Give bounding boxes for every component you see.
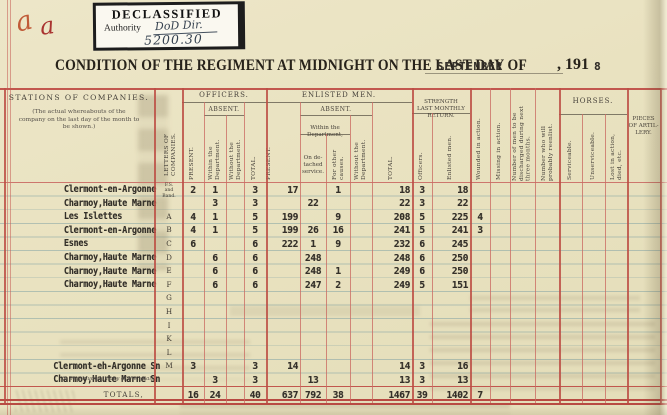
header-enlisted-other: For other causes.: [332, 136, 346, 180]
table-cell: 39: [412, 390, 432, 401]
station-name: Les Islettes: [4, 211, 122, 222]
table-cell: 38: [326, 390, 350, 401]
table-cell: 3: [204, 198, 226, 209]
column-rule: [490, 88, 491, 403]
declassified-stamp: DECLASSIFIED Authority DoD Dir. 5200.30: [93, 1, 245, 51]
company-letter: K: [154, 334, 184, 343]
header-officers-without: Without the Department.: [229, 122, 243, 180]
column-rule: [605, 114, 606, 403]
table-row: L: [4, 346, 660, 360]
table-row: Charmoy,Haute MarneE6624812496250: [4, 265, 660, 279]
header-letters: LETTERS OF COMPANIES.: [164, 96, 178, 176]
header-officers-total: TOTAL.: [251, 135, 258, 180]
table-cell: 208: [372, 212, 412, 223]
totals-row: 1624406377923814673914027: [4, 388, 660, 402]
column-rule: [660, 88, 662, 403]
company-letter: C: [154, 239, 184, 248]
column-rule: [627, 88, 629, 403]
table-cell: 18: [372, 185, 412, 196]
column-rule: [432, 113, 433, 403]
table-row: Charmoy,Haute Marne332222322: [4, 197, 660, 211]
table-cell: 4: [470, 212, 490, 223]
company-letter: I: [154, 321, 184, 330]
table-cell: 1402: [432, 390, 470, 401]
header-stations: STATIONS OF COMPANIES.: [4, 93, 154, 102]
header-stations-note: (The actual whereabouts of the company o…: [18, 109, 140, 132]
header-officers-present: PRESENT.: [189, 130, 196, 180]
stamp-authority-number: 5200.30: [144, 31, 203, 48]
station-name: Clermont-en-Argonne: [4, 225, 156, 236]
table-cell: 6: [204, 253, 226, 264]
table-cell: 26: [300, 225, 326, 236]
table-cell: 4: [182, 212, 204, 223]
table-row: Charmoy,Haute MarneF6624722495151: [4, 278, 660, 292]
header-wounded: Wounded in action.: [476, 110, 483, 180]
table-cell: 1467: [372, 390, 412, 401]
table-cell: 6: [204, 280, 226, 291]
table-cell: 14: [266, 361, 300, 372]
table-cell: 3: [244, 361, 266, 372]
table-cell: 3: [412, 375, 432, 386]
table-cell: 1: [326, 266, 350, 277]
table-cell: 637: [266, 390, 300, 401]
station-name: Esnes: [4, 238, 88, 249]
table-cell: 250: [432, 253, 470, 264]
table-cell: 1: [326, 185, 350, 196]
table-cell: 250: [432, 266, 470, 277]
table-bottom-rule: [0, 403, 667, 405]
station-name: Charmoy,Haute Marne: [4, 279, 156, 290]
table-cell: 13: [300, 375, 326, 386]
table-cell: 6: [244, 266, 266, 277]
table-cell: 5: [412, 225, 432, 236]
table-row: Clermont-en-ArgonneB415199261624152413: [4, 224, 660, 238]
table-cell: 3: [412, 198, 432, 209]
header-horses-serviceable: Serviceable.: [567, 124, 574, 180]
table-cell: 241: [432, 225, 470, 236]
column-rule: [470, 88, 472, 403]
header-officers-absent: ABSENT.: [204, 106, 244, 113]
column-rule: [350, 115, 351, 403]
table-row: Les IslettesA415199920852254: [4, 210, 660, 224]
table-cell: 3: [412, 361, 432, 372]
table-row: Clermont-eh-Argonne SnM331414316: [4, 360, 660, 374]
header-rule: [300, 134, 350, 135]
table-cell: 249: [372, 280, 412, 291]
header-enlisted-without: Without the Department.: [354, 122, 368, 180]
table-cell: 3: [244, 375, 266, 386]
column-rule: [372, 102, 373, 403]
table-cell: 6: [244, 280, 266, 291]
station-name: Charmoy,Haute Marne: [4, 266, 156, 277]
table-cell: 24: [204, 390, 226, 401]
table-cell: 3: [182, 361, 204, 372]
table-cell: 232: [372, 239, 412, 250]
header-officers-within: Within the Department.: [208, 122, 222, 180]
table-cell: 13: [432, 375, 470, 386]
column-rule: [326, 134, 327, 403]
header-enlisted-group: ENLISTED MEN.: [266, 91, 412, 99]
table-cell: 1: [204, 185, 226, 196]
table-cell: 14: [372, 361, 412, 372]
station-name: Charmoy,Haute Marne: [4, 198, 156, 209]
header-rule: [266, 102, 412, 103]
company-letter: B: [154, 225, 184, 234]
table-cell: 3: [244, 185, 266, 196]
header-artillery: PIECES OF ARTIL- LERY.: [628, 116, 659, 137]
column-rule: [226, 115, 227, 403]
header-enlisted-present: PRESENT.: [266, 130, 296, 180]
company-letter: E: [154, 266, 184, 275]
table-cell: 5: [244, 212, 266, 223]
stamp-authority-label: Authority: [104, 23, 141, 33]
regiment-condition-table: STATIONS OF COMPANIES. (The actual where…: [4, 88, 660, 403]
header-enlisted-total: TOTAL.: [388, 135, 395, 180]
table-row: I: [4, 319, 660, 333]
table-cell: 6: [412, 239, 432, 250]
column-rule: [510, 88, 511, 403]
header-rule: [412, 113, 470, 114]
column-rule: [582, 114, 583, 403]
table-cell: 248: [372, 253, 412, 264]
table-cell: 5: [412, 280, 432, 291]
table-row: K: [4, 333, 660, 347]
table-cell: 6: [182, 239, 204, 250]
table-cell: 225: [432, 212, 470, 223]
typed-month: SEPTEMBER: [437, 61, 503, 73]
report-title-row: CONDITION OF THE REGIMENT AT MIDNIGHT ON…: [0, 57, 667, 79]
table-cell: 3: [204, 375, 226, 386]
table-cell: 5: [244, 225, 266, 236]
table-cell: 7: [470, 390, 490, 401]
table-cell: 2: [182, 185, 204, 196]
month-blank-line: [425, 73, 563, 74]
table-cell: 6: [204, 266, 226, 277]
handwritten-mark: a: [12, 5, 35, 39]
table-cell: 248: [300, 266, 326, 277]
printed-year: , 191: [557, 56, 589, 74]
table-cell: 199: [266, 225, 300, 236]
table-cell: 22: [300, 198, 326, 209]
company-letter: H: [154, 307, 184, 316]
table-cell: 247: [300, 280, 326, 291]
table-cell: 6: [412, 253, 432, 264]
header-horses-lost: Lost in action, died, etc.: [610, 120, 625, 180]
table-cell: 16: [432, 361, 470, 372]
column-rule: [266, 88, 268, 403]
table-row: Charmoy,Haute MarneD662482486250: [4, 251, 660, 265]
header-strength-group: STRENGTH LAST MONTHLY RETURN.: [417, 99, 465, 119]
table-cell: 13: [372, 375, 412, 386]
column-rule: [154, 88, 156, 403]
header-enlisted-detached: On de- tached service.: [302, 155, 324, 175]
header-officers-group: OFFICERS.: [182, 91, 266, 99]
table-cell: 6: [412, 266, 432, 277]
header-strength-enlisted: Enlisted men.: [447, 126, 454, 180]
header-reenlist: Number who will probably reenlist.: [541, 98, 556, 181]
table-cell: 151: [432, 280, 470, 291]
company-letter: D: [154, 253, 184, 262]
table-cell: 17: [266, 185, 300, 196]
table-cell: 3: [244, 198, 266, 209]
table-cell: 18: [432, 185, 470, 196]
table-row: Clermont-en-ArgonneF.S. and Band.2131711…: [4, 183, 660, 197]
header-rule: [300, 115, 372, 116]
table-cell: 6: [244, 239, 266, 250]
column-rule: [559, 88, 561, 403]
table-row: G: [4, 292, 660, 306]
header-horses-group: HORSES.: [559, 97, 627, 105]
table-cell: 16: [326, 225, 350, 236]
table-cell: 792: [300, 390, 326, 401]
column-rule: [535, 88, 536, 403]
table-cell: 1: [204, 225, 226, 236]
table-cell: 1: [204, 212, 226, 223]
column-rule: [182, 88, 184, 403]
table-cell: 248: [300, 253, 326, 264]
company-letter: M: [154, 361, 184, 370]
table-cell: 222: [266, 239, 300, 250]
header-rule: [204, 115, 244, 116]
header-horses-unserviceable: Unserviceable.: [590, 120, 597, 180]
table-row: EsnesC66222192326245: [4, 237, 660, 251]
header-enlisted-absent: ABSENT.: [300, 106, 372, 113]
column-rule: [204, 102, 205, 403]
table-cell: 199: [266, 212, 300, 223]
table-cell: 40: [244, 390, 266, 401]
table-cell: 9: [326, 212, 350, 223]
header-rule: [559, 114, 627, 115]
scanned-regiment-report: a a DECLASSIFIED Authority DoD Dir. 5200…: [0, 0, 667, 415]
station-name: Clermont-en-Argonne: [4, 184, 156, 195]
table-cell: 241: [372, 225, 412, 236]
company-letter: G: [154, 293, 184, 302]
column-rule: [244, 102, 245, 403]
station-name: Charmoy,Haute Marne: [4, 252, 156, 263]
station-name: Clermont-eh-Argonne Sn: [4, 361, 160, 372]
table-row: H: [4, 305, 660, 319]
table-cell: 6: [244, 253, 266, 264]
table-cell: 2: [326, 280, 350, 291]
typed-year-digit: 8: [594, 60, 601, 73]
header-discharged: Number of men to be discharged during ne…: [512, 92, 533, 181]
table-cell: 1: [300, 239, 326, 250]
header-rule: [182, 102, 266, 103]
table-cell: 9: [326, 239, 350, 250]
table-cell: 3: [412, 185, 432, 196]
handwritten-mark: a: [38, 11, 56, 41]
table-cell: 4: [182, 225, 204, 236]
table-cell: 249: [372, 266, 412, 277]
table-cell: 22: [372, 198, 412, 209]
company-letter: L: [154, 348, 184, 357]
table-cell: 22: [432, 198, 470, 209]
table-cell: 245: [432, 239, 470, 250]
company-letter: A: [154, 212, 184, 221]
column-rule: [300, 102, 301, 403]
column-rule: [4, 88, 6, 403]
table-cell: 3: [470, 225, 490, 236]
table-footnote: to be included in any of the totals.: [62, 376, 172, 382]
header-missing: Missing in action.: [496, 110, 503, 180]
header-strength-officers: Officers.: [418, 128, 425, 180]
column-rule: [412, 88, 414, 403]
table-cell: 16: [182, 390, 204, 401]
company-letter: F: [154, 280, 184, 289]
table-cell: 5: [412, 212, 432, 223]
